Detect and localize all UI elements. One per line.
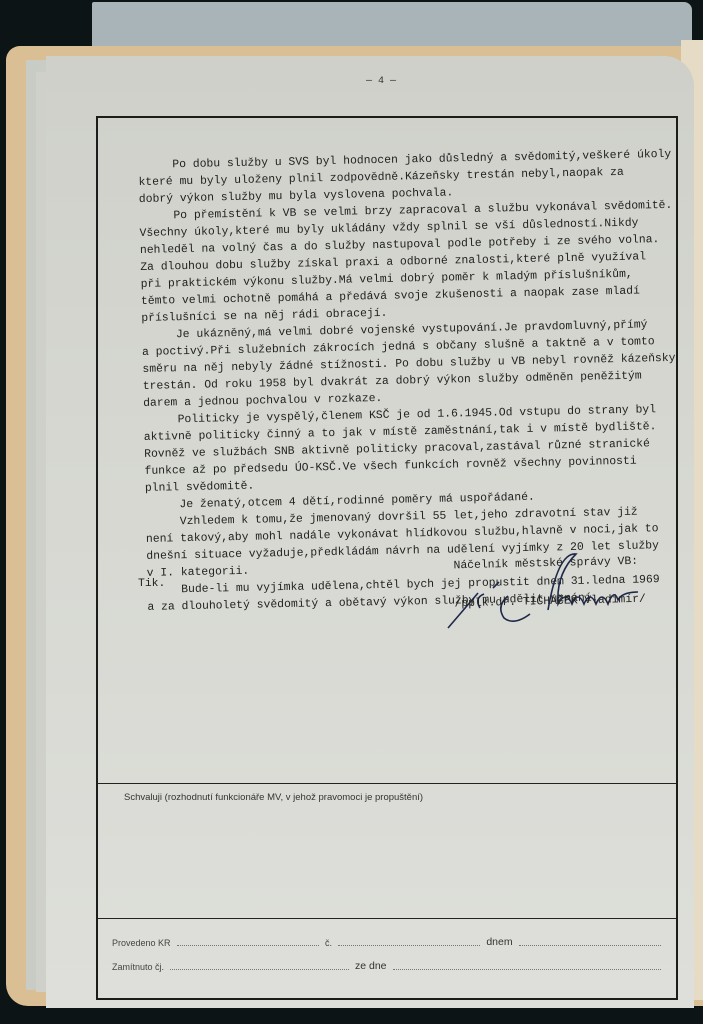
rejected-ref-field[interactable] (170, 968, 349, 970)
reference-initials: Tik. (138, 578, 165, 590)
signature-block: Náčelník městské správy VB: /pplk.dr. TI… (453, 556, 646, 611)
divider (98, 918, 676, 919)
form-frame: Po dobu služby u SVS byl hodnocen jako d… (96, 116, 678, 1000)
date-label: dnem (486, 936, 512, 948)
date-field[interactable] (519, 944, 661, 946)
typed-body: Po dobu služby u SVS byl hodnocen jako d… (138, 147, 677, 617)
rejected-row: Zamítnuto čj. ze dne (112, 960, 667, 972)
from-date-label: ze dne (355, 960, 387, 972)
number-field[interactable] (338, 944, 480, 946)
page-number: — 4 — (366, 76, 396, 87)
executed-kr-field[interactable] (177, 944, 319, 946)
divider (98, 783, 676, 784)
approval-label: Schvaluji (rozhodnutí funkcionáře MV, v … (124, 792, 423, 803)
rejected-label: Zamítnuto čj. (112, 962, 164, 972)
number-label: č. (325, 938, 332, 948)
from-date-field[interactable] (393, 968, 661, 970)
executed-label: Provedeno KR (112, 938, 171, 948)
executed-row: Provedeno KR č. dnem (112, 936, 667, 948)
document-page: — 4 — Po dobu služby u SVS byl hodnocen … (46, 56, 694, 1008)
